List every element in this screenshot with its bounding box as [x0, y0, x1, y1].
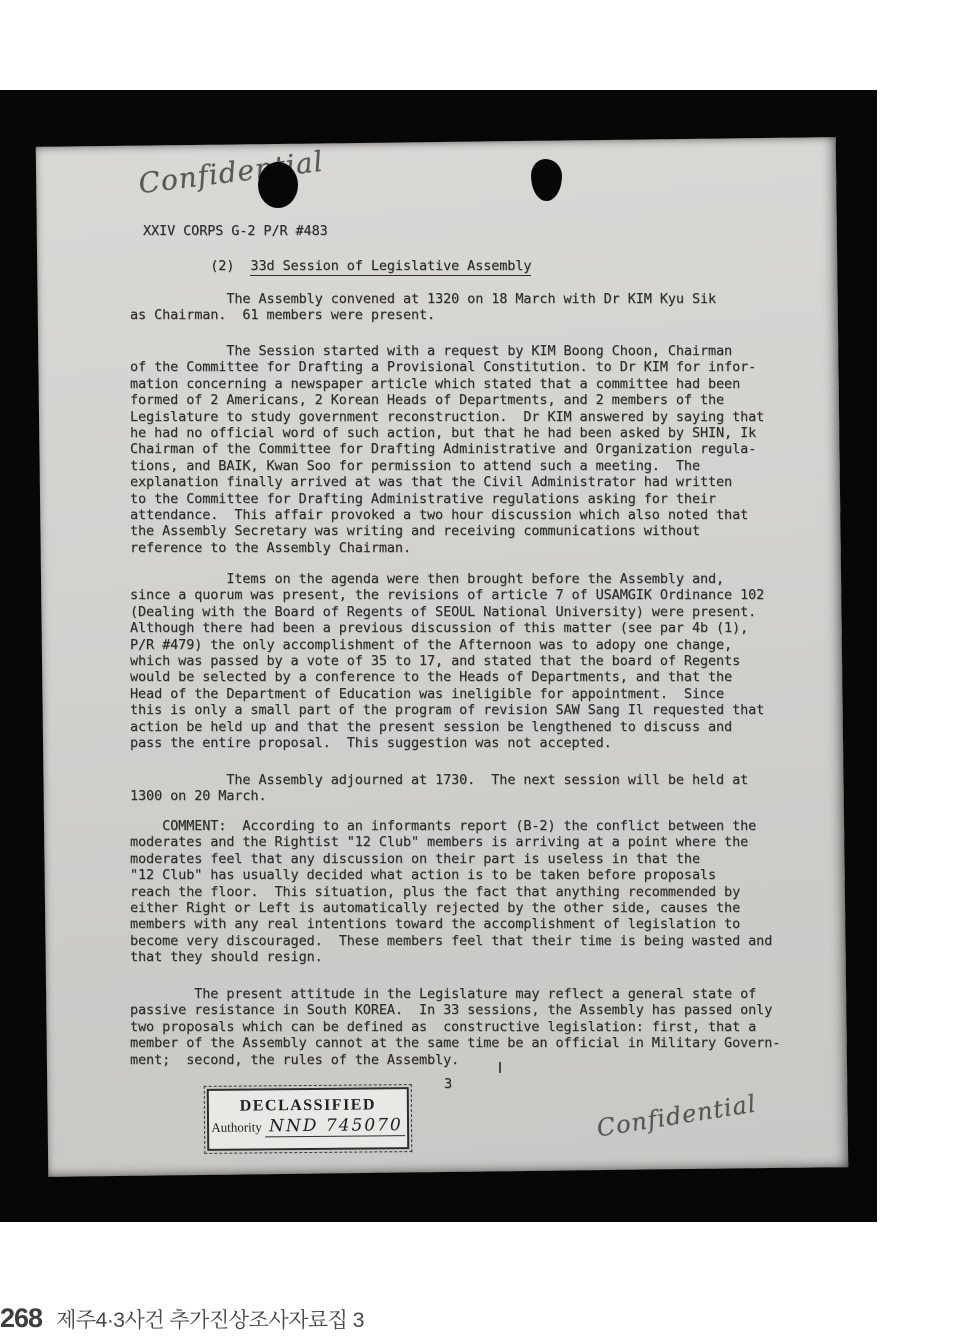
book-title: 제주4·3사건 추가진상조사자료집 3 [56, 1304, 364, 1334]
book-footer: 268 제주4·3사건 추가진상조사자료집 3 [0, 1303, 364, 1334]
document-page [36, 137, 849, 1177]
book-page-number: 268 [0, 1303, 42, 1334]
